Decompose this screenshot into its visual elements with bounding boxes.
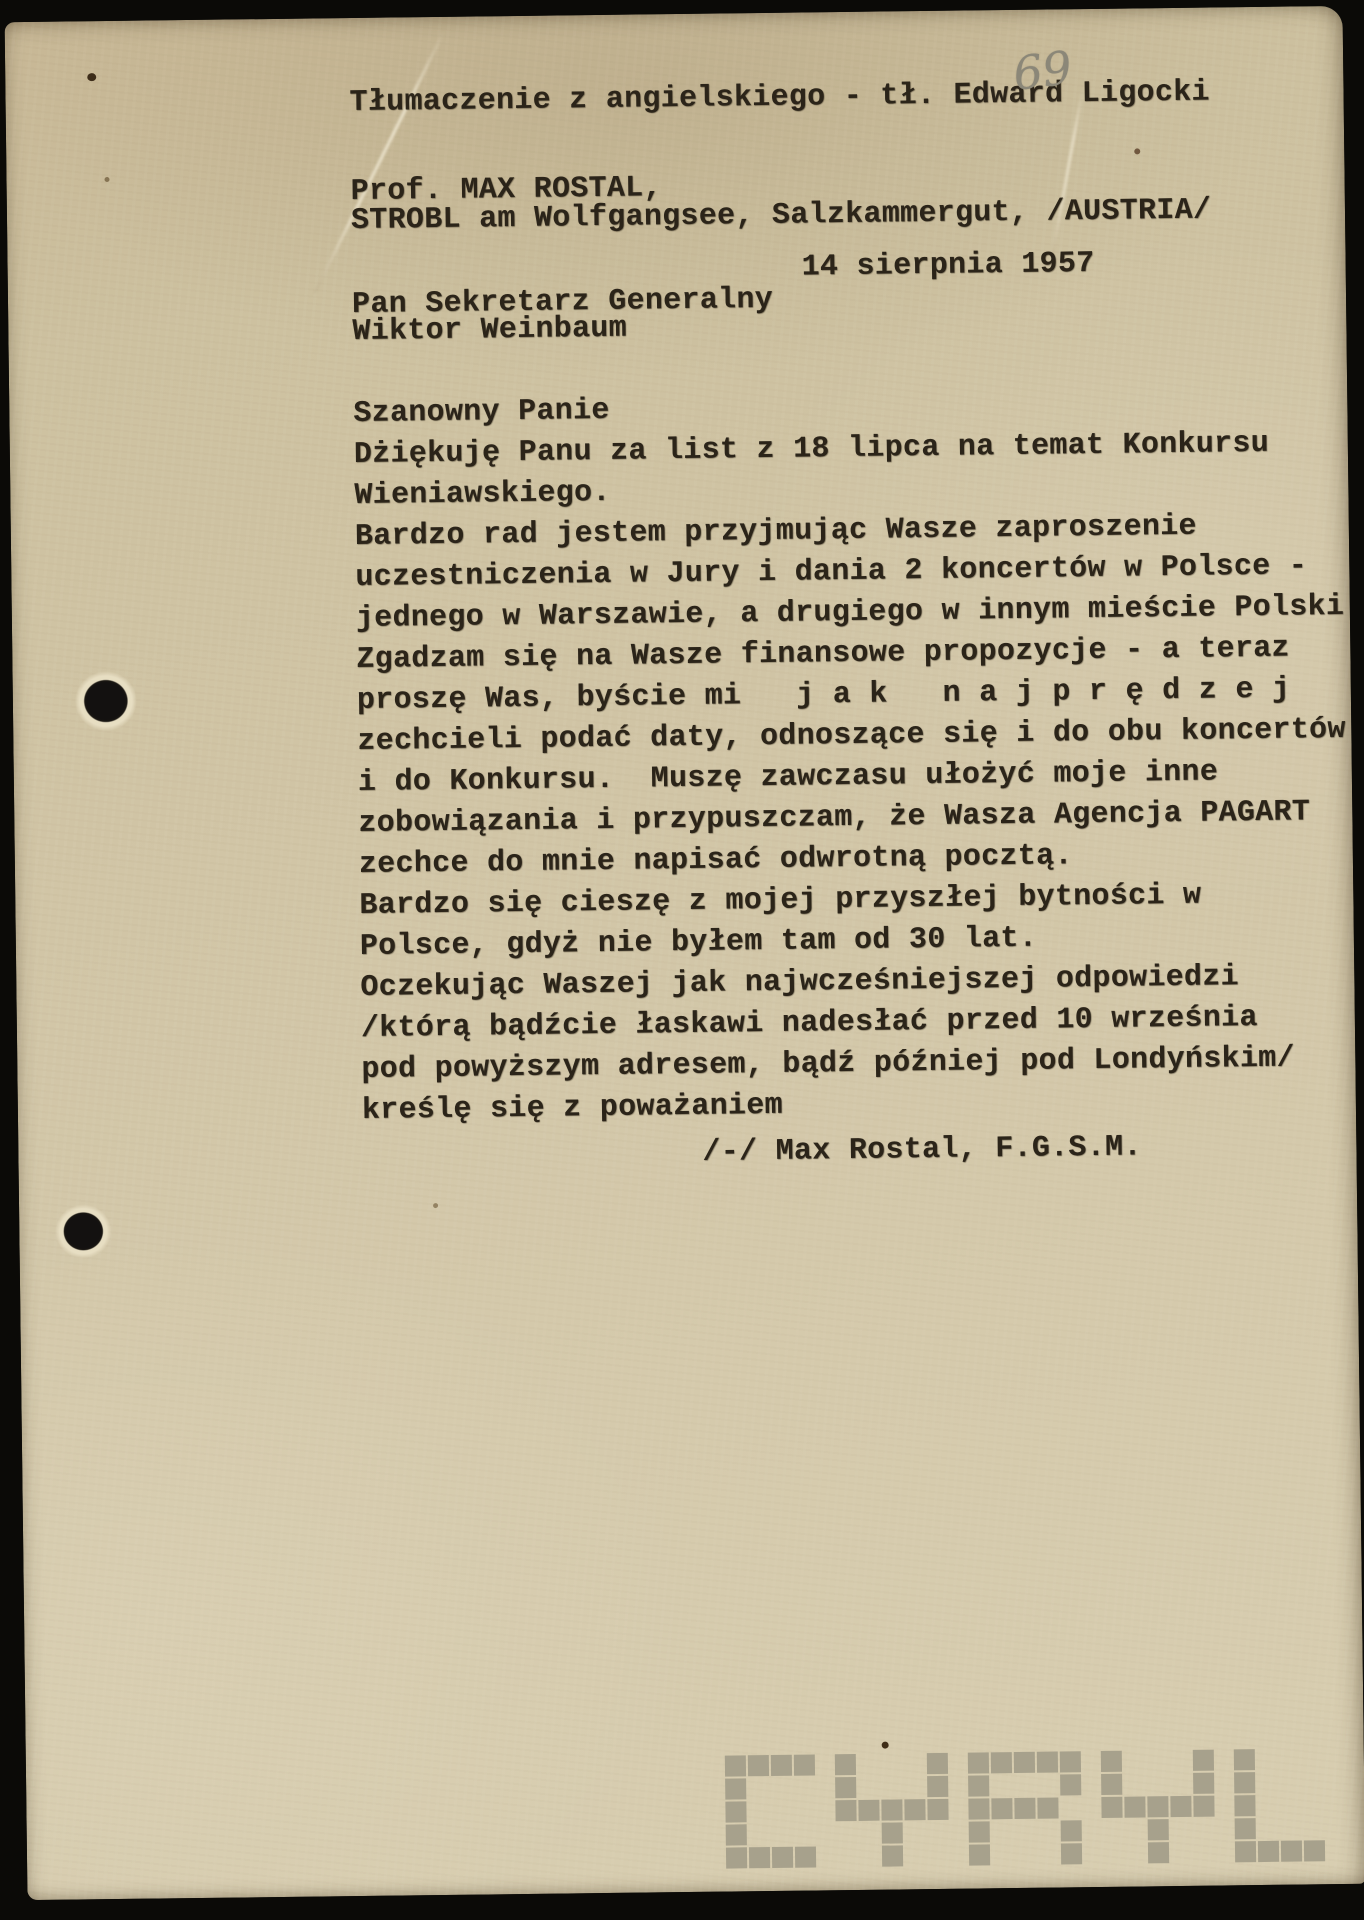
watermark-letter: [835, 1753, 949, 1867]
scanner-background: Tłumaczenie z angielskiego - tł. Edward …: [0, 0, 1364, 1920]
hole-punch: [75, 671, 138, 732]
cyryl-watermark: [725, 1748, 1345, 1869]
letter-body: Szanowny PanieDżiękuję Panu za list z 18…: [353, 382, 1350, 1132]
addressee-block: Pan Sekretarz GeneralnyWiktor Weinbaum: [352, 287, 774, 346]
paper-speck: [1134, 148, 1140, 154]
translation-note: Tłumaczenie z angielskiego - tł. Edward …: [349, 76, 1210, 121]
document-page: Tłumaczenie z angielskiego - tł. Edward …: [5, 6, 1364, 1900]
paper-crease: [313, 30, 445, 293]
watermark-letter: [968, 1751, 1082, 1865]
letter-date: 14 sierpnia 1957: [801, 247, 1094, 285]
watermark-letter: [725, 1754, 816, 1868]
watermark-letter: [1234, 1748, 1325, 1862]
hole-punch: [55, 1204, 112, 1259]
sender-address: Prof. MAX ROSTAL,STROBL am Wolfgangsee, …: [351, 168, 1212, 237]
signature-line: /-/ Max Rostal, F.G.S.M.: [702, 1130, 1142, 1169]
addressee-line: Wiktor Weinbaum: [352, 314, 773, 346]
paper-speck: [87, 73, 96, 81]
paper-speck: [882, 1742, 889, 1749]
paper-speck: [104, 177, 109, 182]
sender-address-line: STROBL am Wolfgangsee, Salzkammergut, /A…: [351, 197, 1212, 237]
paper-speck: [433, 1203, 438, 1208]
watermark-letter: [1101, 1750, 1215, 1864]
page-number-annotation: 69: [1010, 40, 1074, 100]
